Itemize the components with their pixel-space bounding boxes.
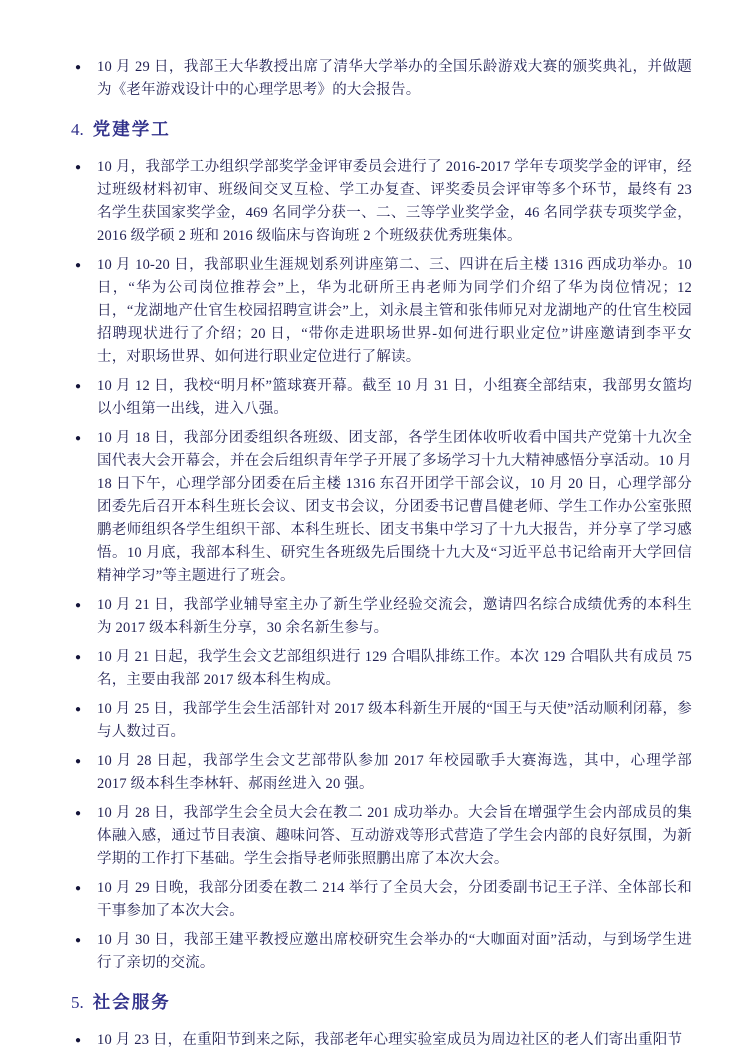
bullet-icon: ● bbox=[75, 646, 97, 669]
news-item-text: 10 月 23 日，在重阳节到来之际，我部老年心理实验室成员为周边社区的老人们寄… bbox=[97, 1029, 692, 1052]
news-item-text: 10 月 21 日，我部学业辅导室主办了新生学业经验交流会，邀请四名综合成绩优秀… bbox=[97, 594, 692, 640]
bullet-icon: ● bbox=[75, 750, 97, 773]
news-item-text: 10 月 10-20 日，我部职业生涯规划系列讲座第二、三、四讲在后主楼 131… bbox=[97, 254, 692, 369]
section-title: 党建学工 bbox=[93, 119, 171, 139]
bullet-icon: ● bbox=[75, 698, 97, 721]
list-item: ● 10 月 29 日，我部王大华教授出席了清华大学举办的全国乐龄游戏大赛的颁奖… bbox=[75, 56, 692, 102]
section-number: 4. bbox=[71, 120, 84, 139]
bullet-icon: ● bbox=[75, 156, 97, 179]
news-item-text: 10 月 29 日，我部王大华教授出席了清华大学举办的全国乐龄游戏大赛的颁奖典礼… bbox=[97, 56, 692, 102]
news-item-text: 10 月 29 日晚，我部分团委在教二 214 举行了全员大会，分团委副书记王子… bbox=[97, 877, 692, 923]
news-item-text: 10 月 28 日起，我部学生会文艺部带队参加 2017 年校园歌手大赛海选，其… bbox=[97, 750, 692, 796]
list-item: ● 10 月 21 日，我部学业辅导室主办了新生学业经验交流会，邀请四名综合成绩… bbox=[75, 594, 692, 640]
bullet-icon: ● bbox=[75, 929, 97, 952]
news-item-text: 10 月 28 日，我部学生会全员大会在教二 201 成功举办。大会旨在增强学生… bbox=[97, 802, 692, 871]
bullet-icon: ● bbox=[75, 1029, 97, 1052]
bullet-icon: ● bbox=[75, 594, 97, 617]
news-item-text: 10 月 25 日，我部学生会生活部针对 2017 级本科新生开展的“国王与天使… bbox=[97, 698, 692, 744]
bullet-icon: ● bbox=[75, 802, 97, 825]
document-page: ● 10 月 29 日，我部王大华教授出席了清华大学举办的全国乐龄游戏大赛的颁奖… bbox=[0, 0, 750, 1060]
section-number: 5. bbox=[71, 993, 84, 1012]
news-item-text: 10 月 30 日，我部王建平教授应邀出席校研究生会举办的“大咖面对面”活动，与… bbox=[97, 929, 692, 975]
list-item: ● 10 月 18 日，我部分团委组织各班级、团支部，各学生团体收听收看中国共产… bbox=[75, 427, 692, 588]
section-heading-4: 4.党建学工 bbox=[71, 117, 692, 143]
list-item: ● 10 月 21 日起，我学生会文艺部组织进行 129 合唱队排练工作。本次 … bbox=[75, 646, 692, 692]
list-item: ● 10 月，我部学工办组织学部奖学金评审委员会进行了 2016-2017 学年… bbox=[75, 156, 692, 248]
news-item-text: 10 月 12 日，我校“明月杯”篮球赛开幕。截至 10 月 31 日，小组赛全… bbox=[97, 375, 692, 421]
list-item: ● 10 月 25 日，我部学生会生活部针对 2017 级本科新生开展的“国王与… bbox=[75, 698, 692, 744]
list-item: ● 10 月 10-20 日，我部职业生涯规划系列讲座第二、三、四讲在后主楼 1… bbox=[75, 254, 692, 369]
bullet-icon: ● bbox=[75, 877, 97, 900]
list-item: ● 10 月 12 日，我校“明月杯”篮球赛开幕。截至 10 月 31 日，小组… bbox=[75, 375, 692, 421]
news-item-text: 10 月 18 日，我部分团委组织各班级、团支部，各学生团体收听收看中国共产党第… bbox=[97, 427, 692, 588]
news-item-text: 10 月 21 日起，我学生会文艺部组织进行 129 合唱队排练工作。本次 12… bbox=[97, 646, 692, 692]
list-item: ● 10 月 28 日，我部学生会全员大会在教二 201 成功举办。大会旨在增强… bbox=[75, 802, 692, 871]
section-title: 社会服务 bbox=[93, 992, 171, 1012]
news-item-text: 10 月，我部学工办组织学部奖学金评审委员会进行了 2016-2017 学年专项… bbox=[97, 156, 692, 248]
bullet-icon: ● bbox=[75, 375, 97, 398]
bullet-icon: ● bbox=[75, 56, 97, 79]
list-item: ● 10 月 28 日起，我部学生会文艺部带队参加 2017 年校园歌手大赛海选… bbox=[75, 750, 692, 796]
bullet-icon: ● bbox=[75, 254, 97, 277]
bullet-icon: ● bbox=[75, 427, 97, 450]
list-item: ● 10 月 29 日晚，我部分团委在教二 214 举行了全员大会，分团委副书记… bbox=[75, 877, 692, 923]
list-item: ● 10 月 30 日，我部王建平教授应邀出席校研究生会举办的“大咖面对面”活动… bbox=[75, 929, 692, 975]
section-heading-5: 5.社会服务 bbox=[71, 990, 692, 1016]
list-item: ● 10 月 23 日，在重阳节到来之际，我部老年心理实验室成员为周边社区的老人… bbox=[75, 1029, 692, 1052]
